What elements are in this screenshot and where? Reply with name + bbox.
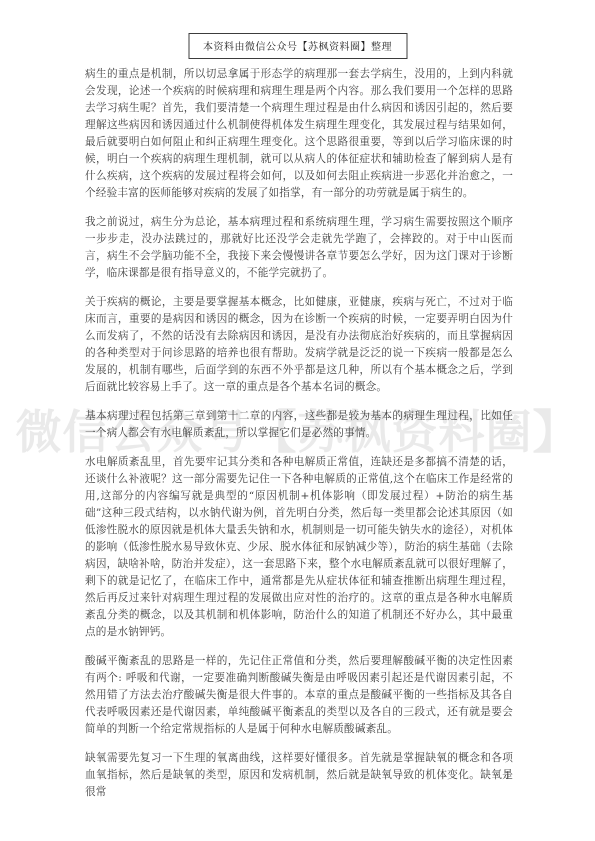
document-body: 病生的重点是机制，所以切忌拿属于形态学的病理那一套去学病生，没用的，上到内科就会… xyxy=(85,66,513,813)
header-source-note: 本资料由微信公众号【苏枫资料圈】整理 xyxy=(188,33,407,59)
paragraph: 基本病理过程包括第三章到第十二章的内容，这些都是较为基本的病理生理过程，比如任一… xyxy=(85,408,513,442)
paragraph: 酸碱平衡紊乱的思路是一样的，先记住正常值和分类，然后要理解酸碱平衡的决定性因素有… xyxy=(85,653,513,738)
paragraph: 关于疾病的概论，主要是要掌握基本概念，比如健康，亚健康，疾病与死亡，不过对于临床… xyxy=(85,294,513,396)
paragraph: 我之前说过，病生分为总论，基本病理过程和系统病理生理，学习病生需要按照这个顺序一… xyxy=(85,214,513,282)
page-number: 1 xyxy=(505,771,511,782)
document-page: 微信公众号【苏枫资料圈】 本资料由微信公众号【苏枫资料圈】整理 病生的重点是机制… xyxy=(0,0,595,841)
paragraph: 水电解质紊乱里，首先要牢记其分类和各种电解质正常值，连缺还是多都搞不清楚的话，还… xyxy=(85,454,513,641)
paragraph: 病生的重点是机制，所以切忌拿属于形态学的病理那一套去学病生，没用的，上到内科就会… xyxy=(85,66,513,202)
paragraph: 缺氧需要先复习一下生理的氧离曲线，这样要好懂很多。首先就是掌握缺氧的概念和各项血… xyxy=(85,750,513,801)
